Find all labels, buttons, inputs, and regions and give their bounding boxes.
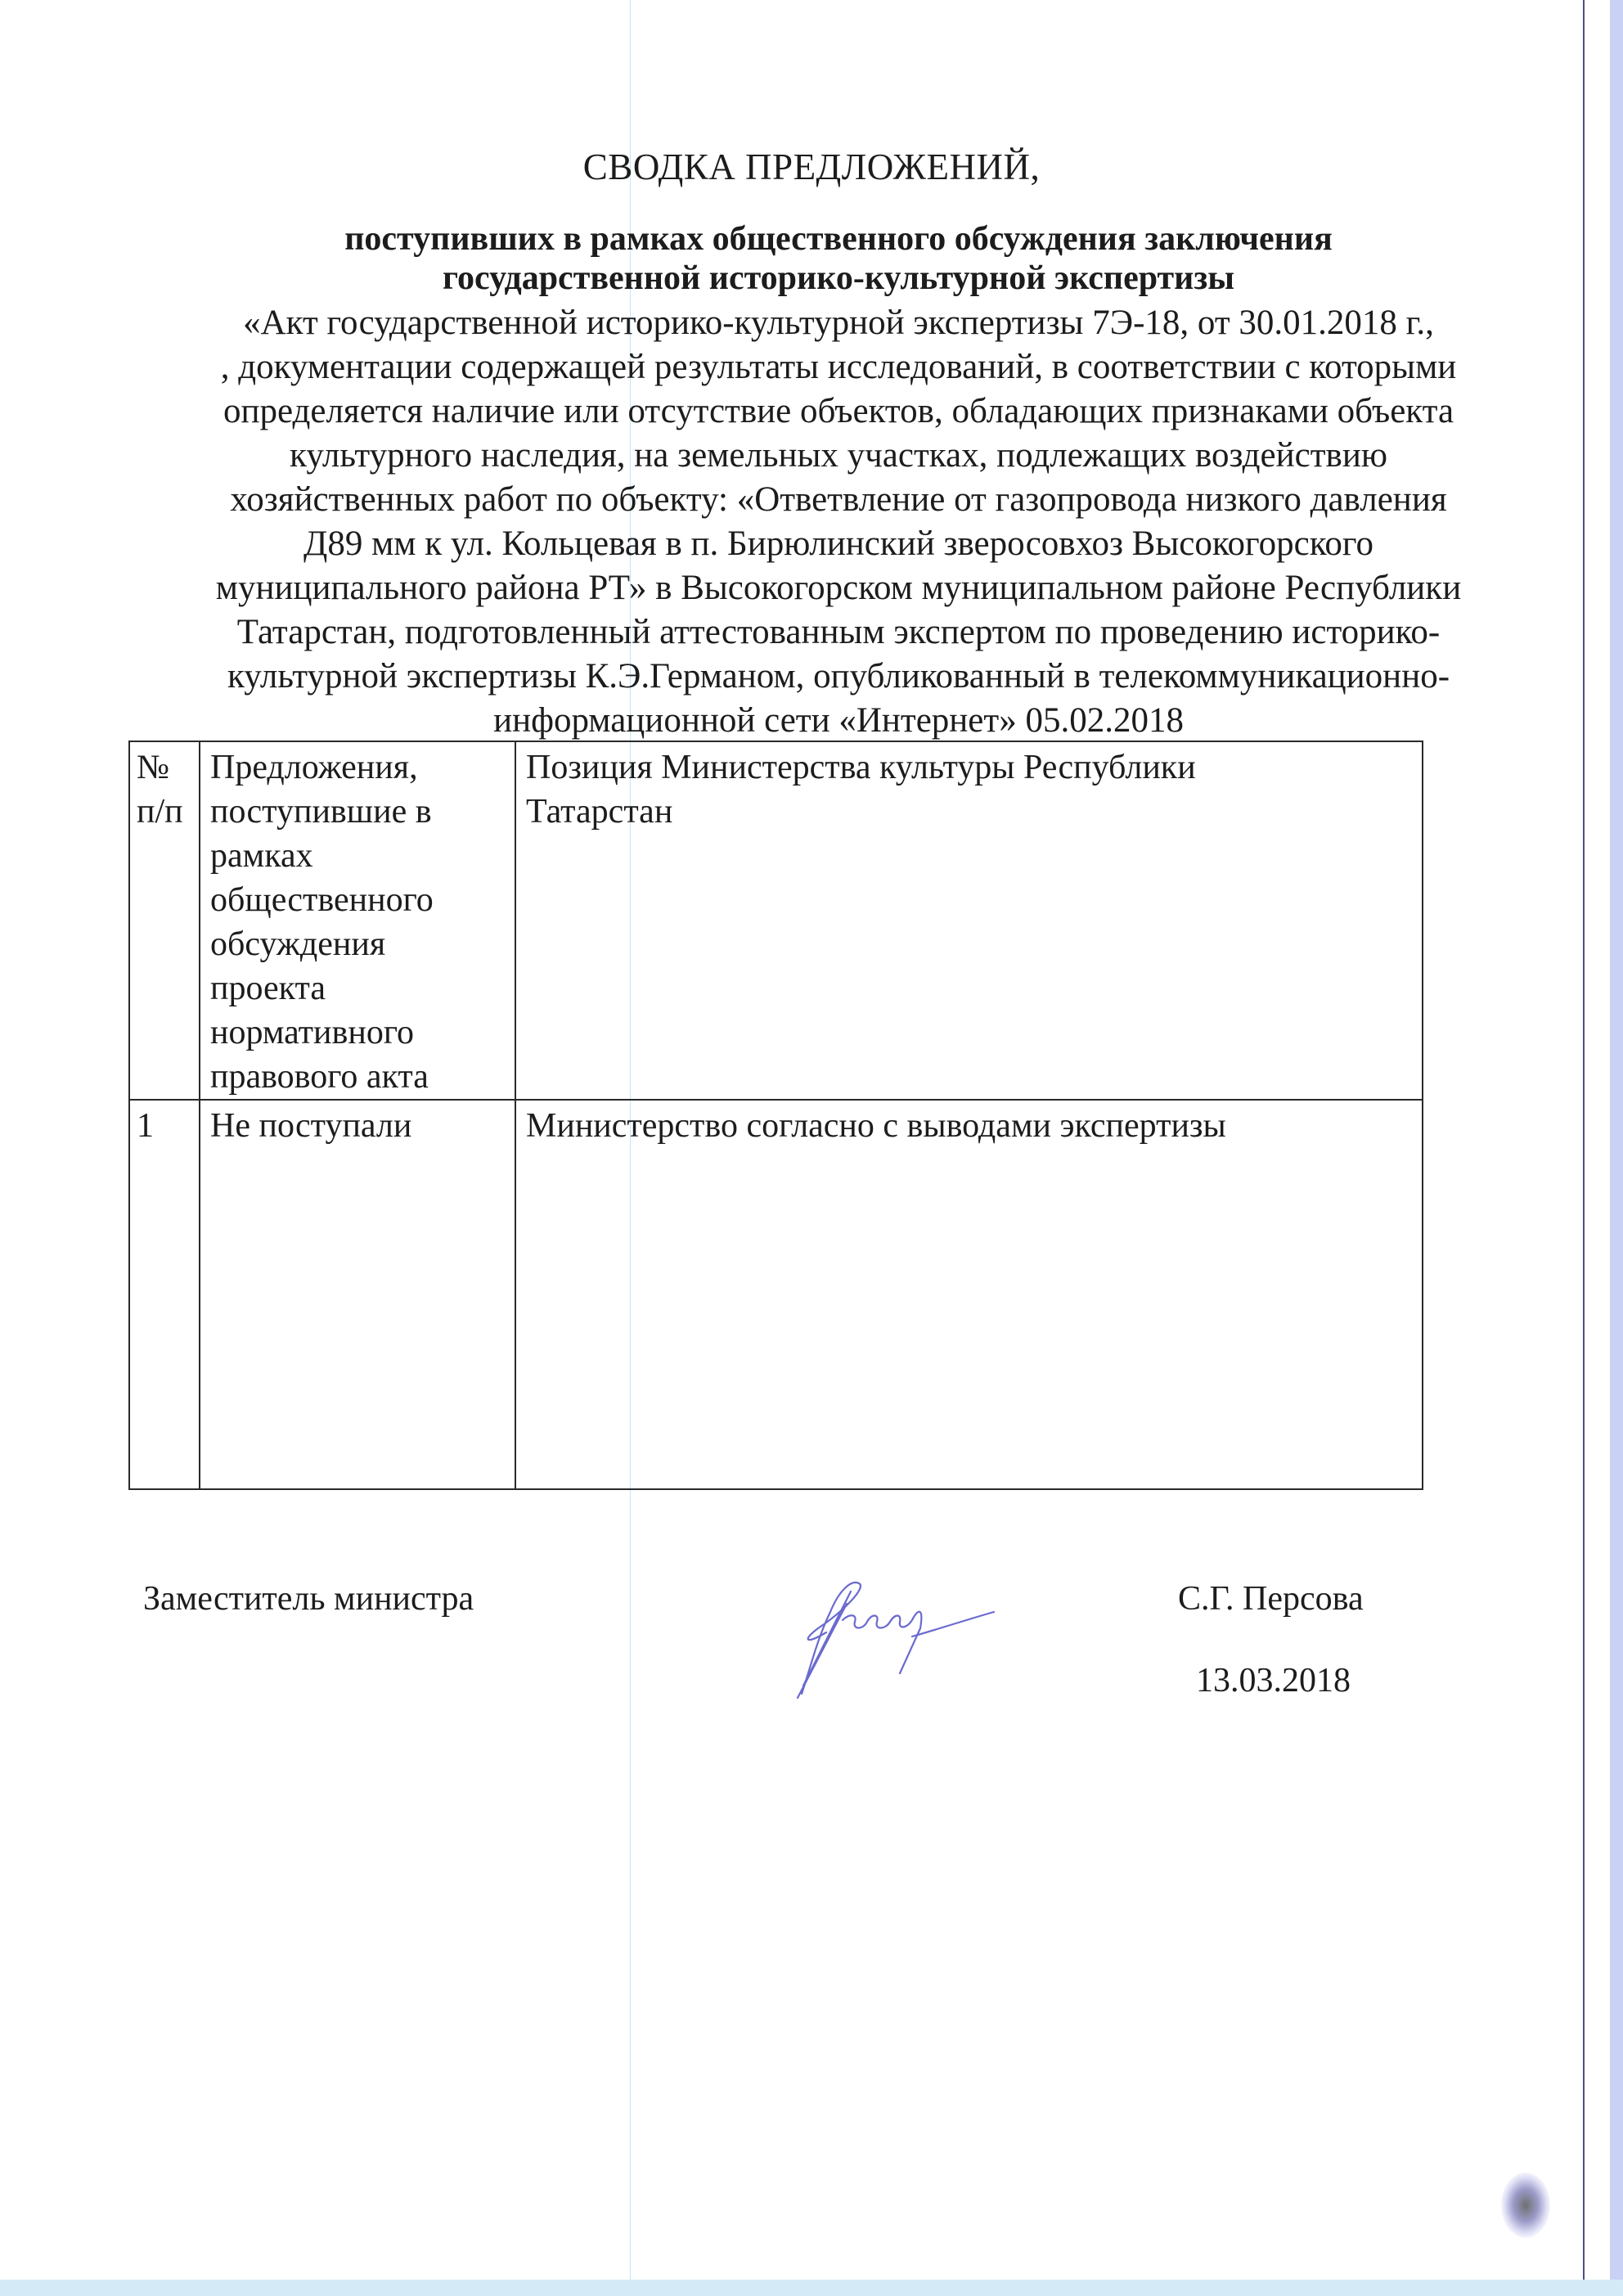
signatory-name: С.Г. Персова <box>1178 1579 1364 1618</box>
cell-num: 1 <box>129 1100 200 1489</box>
header-text: № <box>137 745 196 790</box>
cell-position: Министерство согласно с выводами эксперт… <box>515 1100 1423 1489</box>
scan-edge-band <box>1610 0 1623 2296</box>
header-text: проекта <box>210 966 505 1011</box>
header-text: правового акта <box>210 1055 505 1099</box>
header-num: № п/п <box>129 741 200 1100</box>
document-title: СВОДКА ПРЕДЛОЖЕНИЙ, <box>0 146 1623 188</box>
handwritten-signature-icon <box>753 1555 1023 1718</box>
header-text: Предложения, <box>210 745 505 790</box>
paragraph-line: определяется наличие или отсутствие объе… <box>123 389 1554 434</box>
table-row: 1 Не поступали Министерство согласно с в… <box>129 1100 1423 1489</box>
header-text: п/п <box>137 790 196 834</box>
header-text: поступившие в <box>210 790 505 834</box>
paragraph-line: Татарстан, подготовленный аттестованным … <box>123 610 1554 655</box>
document-subtitle: поступивших в рамках общественного обсуж… <box>123 219 1554 298</box>
paragraph-line: , документации содержащей результаты исс… <box>123 345 1554 389</box>
paragraph-line: культурной экспертизы К.Э.Германом, опуб… <box>123 655 1554 699</box>
cell-proposals: Не поступали <box>200 1100 515 1489</box>
paragraph-line: культурного наследия, на земельных участ… <box>123 434 1554 478</box>
header-text: Позиция Министерства культуры Республики <box>526 745 1412 790</box>
proposals-table: № п/п Предложения, поступившие в рамках … <box>128 741 1423 1490</box>
header-proposals: Предложения, поступившие в рамках общест… <box>200 741 515 1100</box>
header-text: общественного <box>210 878 505 922</box>
paragraph-line: «Акт государственной историко-культурной… <box>123 301 1554 345</box>
scan-bottom-band <box>0 2280 1623 2296</box>
subtitle-line: поступивших в рамках общественного обсуж… <box>123 219 1554 259</box>
document-description: «Акт государственной историко-культурной… <box>123 301 1554 743</box>
signature-date: 13.03.2018 <box>1196 1661 1351 1700</box>
paragraph-line: Д89 мм к ул. Кольцевая в п. Бирюлинский … <box>123 522 1554 566</box>
header-text: нормативного <box>210 1011 505 1055</box>
subtitle-line: государственной историко-культурной эксп… <box>123 259 1554 298</box>
header-text: рамках <box>210 834 505 878</box>
paragraph-line: муниципального района РТ» в Высокогорско… <box>123 566 1554 610</box>
table-header-row: № п/п Предложения, поступившие в рамках … <box>129 741 1423 1100</box>
paragraph-line: хозяйственных работ по объекту: «Ответвл… <box>123 478 1554 522</box>
header-text: обсуждения <box>210 922 505 966</box>
paragraph-line: информационной сети «Интернет» 05.02.201… <box>123 699 1554 743</box>
signatory-title: Заместитель министра <box>143 1579 474 1618</box>
header-text: Татарстан <box>526 790 1412 834</box>
signature-block: Заместитель министра С.Г. Персова 13.03.… <box>0 1555 1623 1767</box>
header-position: Позиция Министерства культуры Республики… <box>515 741 1423 1100</box>
scan-edge-line <box>1583 0 1585 2296</box>
scan-smudge <box>1501 2172 1550 2238</box>
